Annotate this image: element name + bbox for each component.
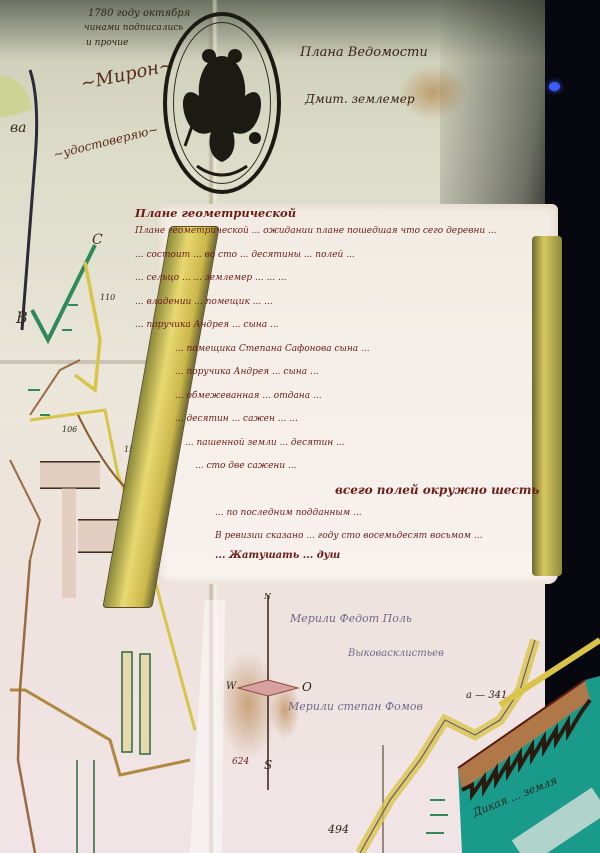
- cartouche-line: ... сто две сажени ...: [195, 455, 600, 479]
- cartouche-line: ... по последним подданным ...: [215, 502, 600, 526]
- map-label-number: 494: [328, 823, 349, 836]
- cartouche-line: ... владении ... помещик ... ...: [135, 291, 555, 315]
- cartouche-line: ... пашенной земли ... десятин ...: [185, 432, 600, 456]
- cartouche-line: ... поручика Андрея ... сына ...: [175, 361, 595, 385]
- cartouche-line: ... поручика Андрея ... сына ...: [135, 314, 555, 338]
- cartouche-line: ... десятин ... сажен ... ...: [175, 408, 595, 432]
- cartouche-line: ... состоит ... во сто ... десятины ... …: [135, 244, 555, 268]
- cartouche-line: В ревизии сказано ... году сто восемьдес…: [215, 526, 600, 546]
- map-label-number: 106: [62, 425, 77, 434]
- compass-west: W: [226, 681, 236, 692]
- cartouche-signature: ... Жатушать ... душ: [215, 546, 600, 566]
- cartouche-line: ... обмежеванная ... отдана ...: [175, 385, 595, 409]
- pencil-note: Мерили степан Фомов: [288, 700, 423, 713]
- cartouche-line: Плане геометрической ... ожидании плане …: [135, 220, 555, 244]
- pencil-note: Мерили Федот Поль: [290, 612, 412, 625]
- compass-east: O: [302, 680, 312, 694]
- compass-south: S: [264, 758, 272, 772]
- map-label-point-b: B: [16, 308, 28, 327]
- map-label-point-c: C: [92, 232, 103, 248]
- pencil-note: Выковасклистьев: [348, 648, 444, 659]
- map-label-number: а — 341: [466, 690, 507, 701]
- cartouche-line: ... сельцо ... ... землемер ... ... ...: [135, 267, 555, 291]
- map-label-number: 624: [232, 757, 249, 767]
- cartouche-title: Плане геометрической: [135, 206, 555, 220]
- map-photo: 1780 году октября чинами подписались и п…: [0, 0, 600, 853]
- map-label-number: 110: [100, 293, 115, 302]
- cartouche-closing: всего полей окружно шесть: [335, 479, 600, 503]
- cartouche-text: Плане геометрической Плане геометрическо…: [135, 206, 555, 566]
- cartouche-line: ... помещика Степана Сафонова сына ...: [175, 338, 595, 362]
